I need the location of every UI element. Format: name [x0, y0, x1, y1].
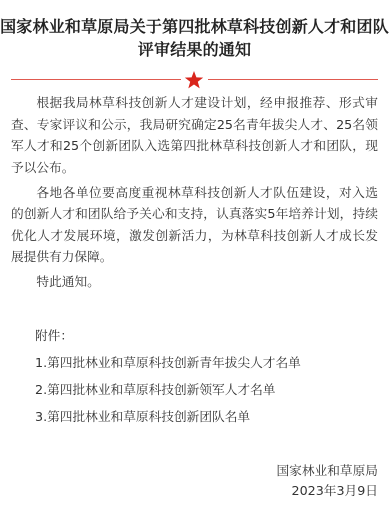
title-line-2: 评审结果的通知	[0, 38, 389, 61]
attachments-label: 附件：	[35, 326, 301, 346]
paragraph-2: 各地各单位要高度重视林草科技创新人才队伍建设，对入选的创新人才和团队给予关心和支…	[11, 182, 378, 268]
paragraph-closing: 特此通知。	[11, 271, 378, 293]
attachment-item-2[interactable]: 2.第四批林业和草原科技创新领军人才名单	[35, 380, 301, 400]
page-title: 国家林业和草原局关于第四批林草科技创新人才和团队 评审结果的通知	[0, 15, 389, 61]
signature-block: 国家林业和草原局 2023年3月9日	[277, 461, 379, 501]
notice-body: 根据我局林草科技创新人才建设计划，经申报推荐、形式审查、专家评议和公示，我局研究…	[11, 92, 378, 293]
divider-line-right	[208, 79, 378, 80]
star-icon	[184, 70, 204, 90]
attachment-item-3[interactable]: 3.第四批林业和草原科技创新团队名单	[35, 407, 301, 427]
signature-date: 2023年3月9日	[277, 481, 379, 501]
paragraph-1: 根据我局林草科技创新人才建设计划，经申报推荐、形式审查、专家评议和公示，我局研究…	[11, 92, 378, 178]
title-divider	[11, 70, 378, 90]
attachment-item-1[interactable]: 1.第四批林业和草原科技创新青年拔尖人才名单	[35, 353, 301, 373]
attachments: 附件： 1.第四批林业和草原科技创新青年拔尖人才名单 2.第四批林业和草原科技创…	[35, 326, 301, 434]
signature-org: 国家林业和草原局	[277, 461, 379, 481]
title-line-1: 国家林业和草原局关于第四批林草科技创新人才和团队	[0, 15, 389, 38]
divider-line-left	[11, 79, 181, 80]
